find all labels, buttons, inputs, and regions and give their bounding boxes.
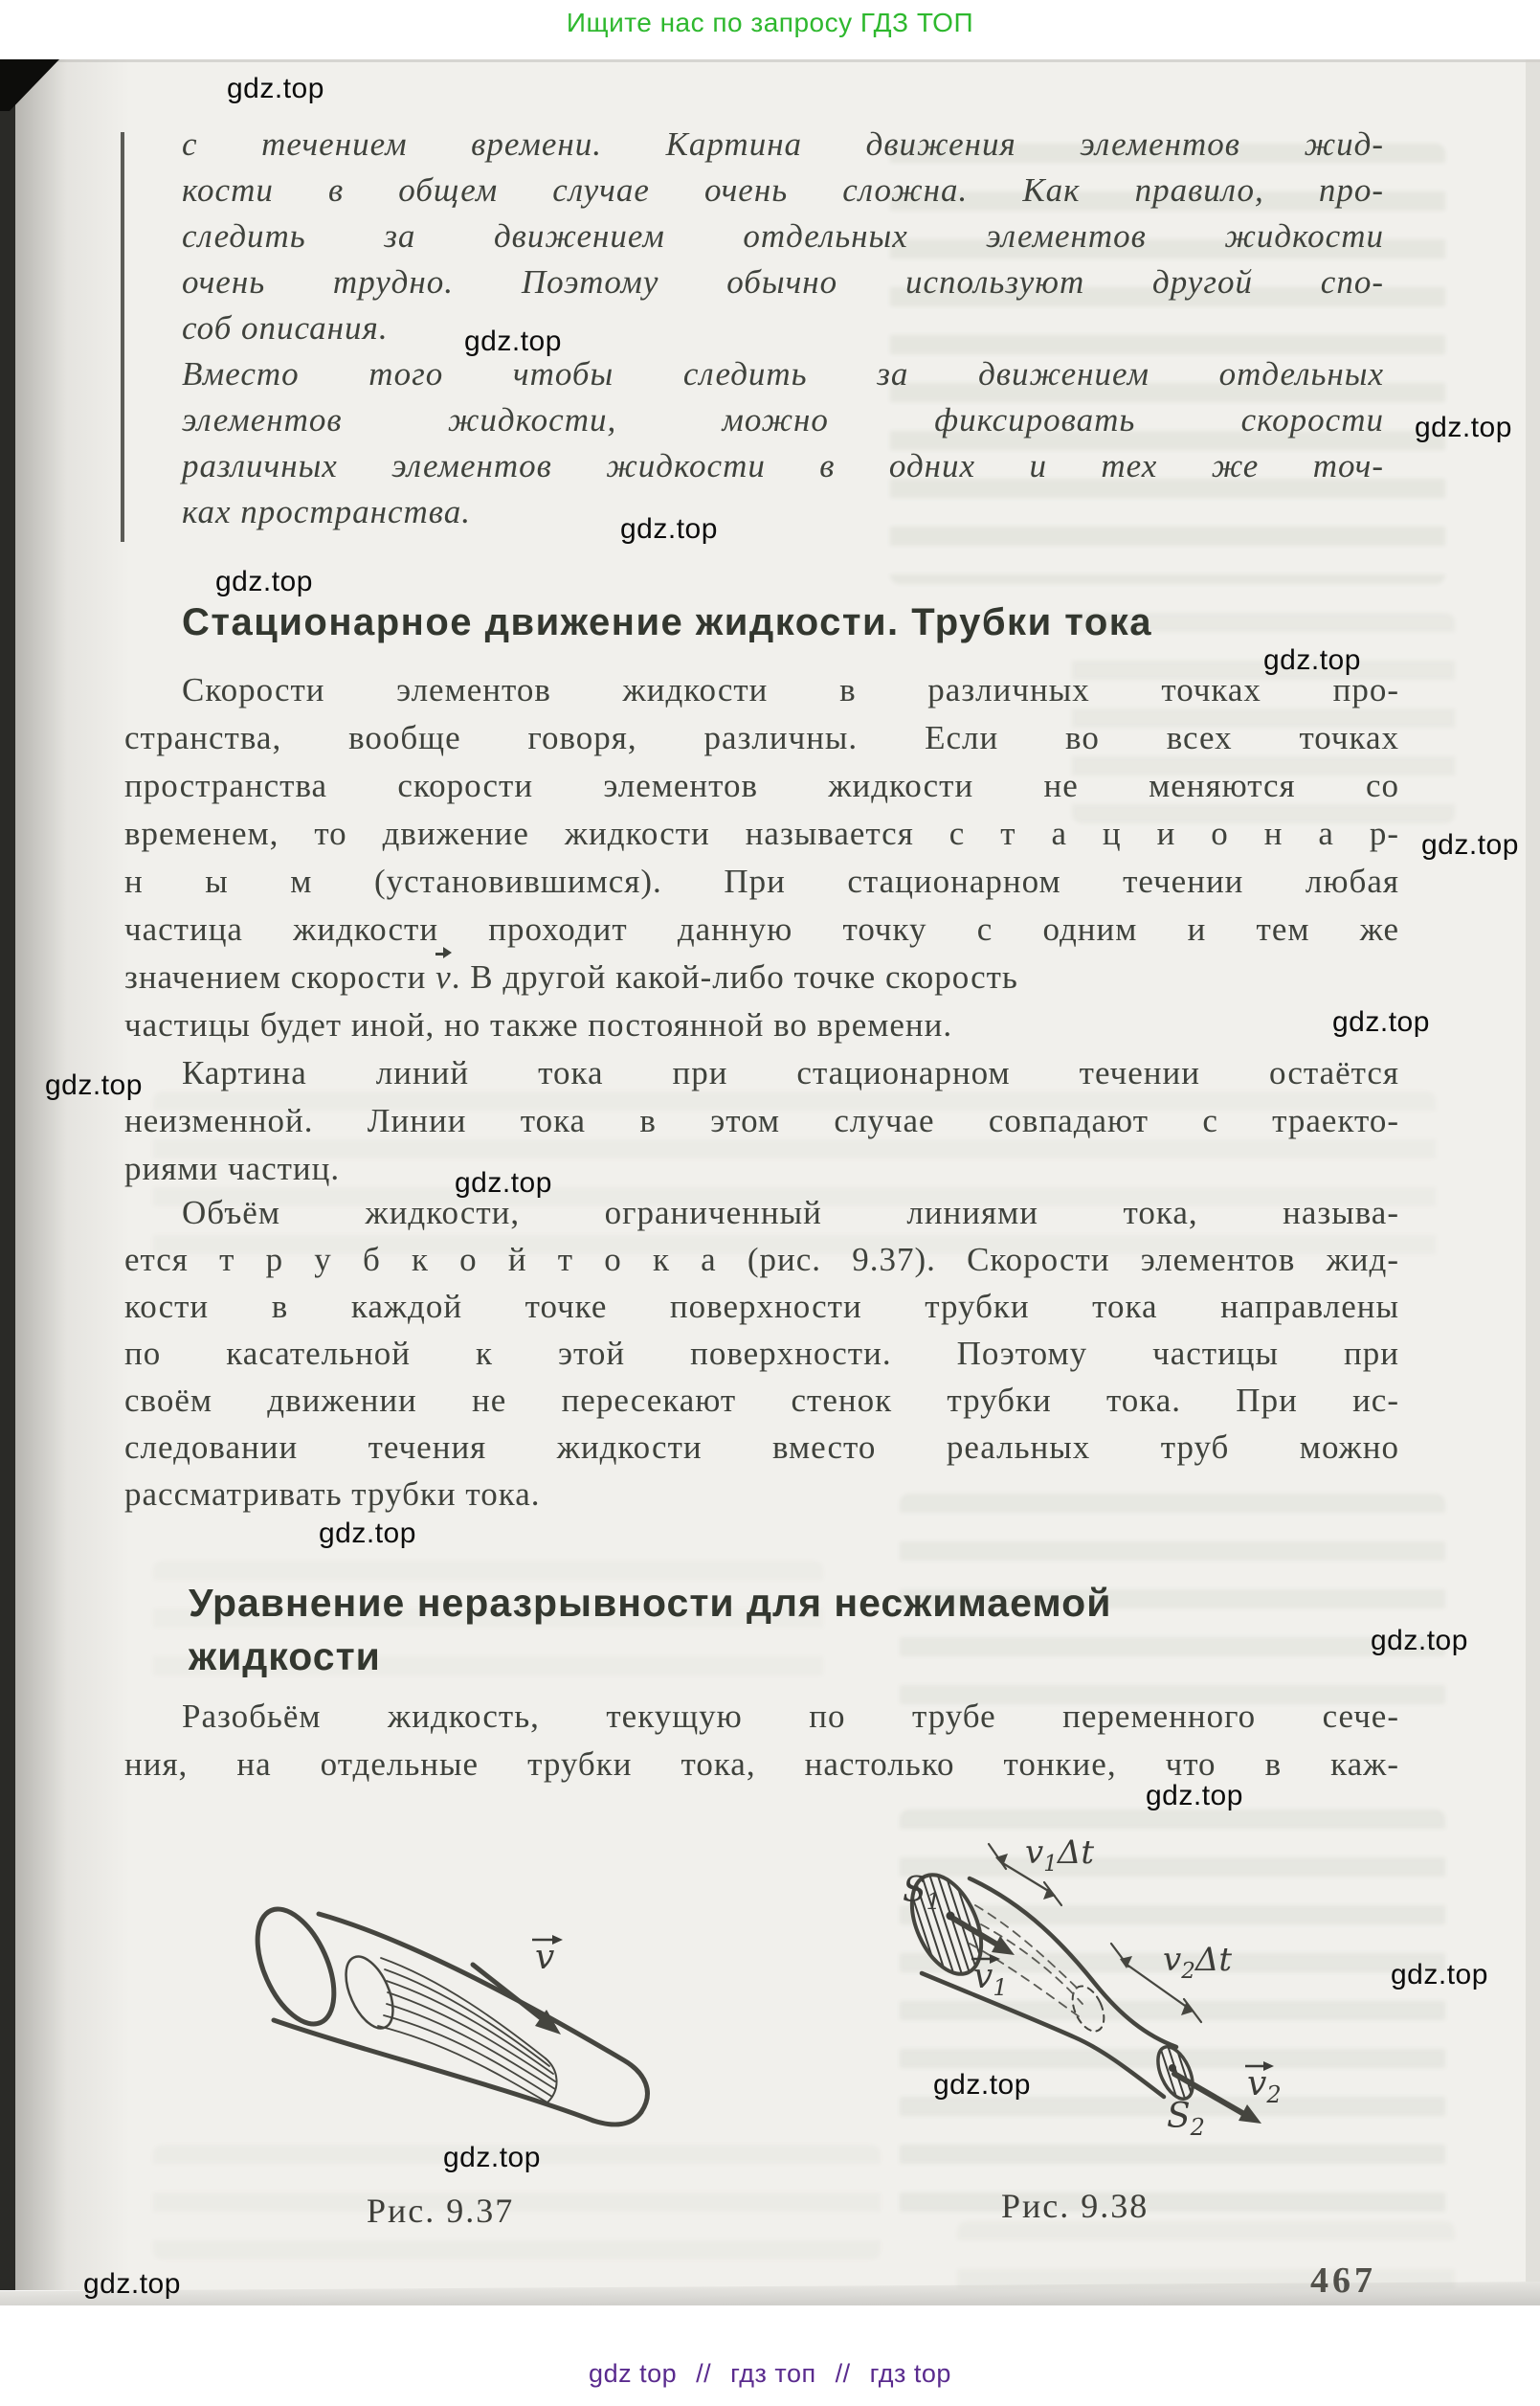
text-line: ется т р у б к о й т о к а (рис. 9.37). … xyxy=(124,1241,1399,1288)
text-line: ках пространства. xyxy=(182,493,1384,539)
gdz-watermark: gdz.top xyxy=(1421,829,1519,862)
paragraph-stationary-flow: Скорости элементов жидкости в различных … xyxy=(124,671,1399,1054)
quoted-paragraphs: с течением времени. Картина движения эле… xyxy=(182,125,1384,539)
text-line: пространства скорости элементов жидкости… xyxy=(124,767,1399,815)
text-line: странства, вообще говоря, различны. Если… xyxy=(124,719,1399,767)
gdz-watermark: gdz.top xyxy=(1371,1625,1468,1657)
text-line: Объём жидкости, ограниченный линиями ток… xyxy=(124,1194,1399,1241)
text-line: риями частиц. xyxy=(124,1150,1399,1198)
figure-9-37-caption: Рис. 9.37 xyxy=(367,2191,514,2231)
binding-dark-strip xyxy=(0,59,15,2290)
text-line: Вместо того чтобы следить за движением о… xyxy=(182,355,1384,401)
gdz-watermark: gdz.top xyxy=(1415,412,1512,444)
binding-gradient xyxy=(15,59,130,2290)
text-line: временем, то движение жидкости называетс… xyxy=(124,815,1399,863)
svg-text:v: v xyxy=(535,1938,554,1977)
text-segment: . В другой какой-либо точке скорость xyxy=(452,958,1018,996)
text-line: своём движении не пересекают стенок труб… xyxy=(124,1382,1399,1428)
text-line: Скорости элементов жидкости в различных … xyxy=(124,671,1399,719)
text-line: следовании течения жидкости вместо реаль… xyxy=(124,1428,1399,1475)
text-line: следить за движением отдельных элементов… xyxy=(182,217,1384,263)
gdz-watermark: gdz.top xyxy=(319,1518,416,1550)
svg-text:S2: S2 xyxy=(1167,2097,1205,2141)
s2-label: S2 xyxy=(1167,2097,1205,2141)
footer-link-gdz-top[interactable]: gdz top xyxy=(589,2359,677,2388)
tube-bottom-edge xyxy=(274,2020,593,2121)
svg-text:v2Δt: v2Δt xyxy=(1163,1941,1232,1984)
paragraph-tube-division: Разобьём жидкость, текущую по трубе пере… xyxy=(124,1698,1399,1793)
v1-vector-label: v1 xyxy=(971,1954,1008,2001)
velocity-label-v: v xyxy=(532,1935,563,1977)
v2-vector-label: v2 xyxy=(1245,2061,1282,2108)
below-scan-white xyxy=(0,2305,1540,2406)
text-line: значением скорости v. В другой какой-либ… xyxy=(124,958,1399,1006)
v2dt-label: v2Δt xyxy=(1163,1941,1232,1984)
footer-link-gdz-top-ru[interactable]: гдз топ xyxy=(730,2359,815,2388)
text-line: кости в каждой точке поверхности трубки … xyxy=(124,1288,1399,1335)
paragraph-streamlines: Картина линий тока при стационарном тече… xyxy=(124,1054,1399,1198)
right-edge-shade xyxy=(1526,59,1540,2290)
page-number: 467 xyxy=(1310,2260,1376,2302)
gdz-watermark: gdz.top xyxy=(227,73,324,105)
gdz-watermark: gdz.top xyxy=(933,2069,1031,2102)
footer-separator: // xyxy=(836,2359,851,2388)
figure-9-37-flow-tube-drawing: v xyxy=(251,1898,691,2166)
gdz-watermark: gdz.top xyxy=(1391,1959,1488,1991)
gdz-watermark: gdz.top xyxy=(620,513,718,546)
footer-separator: // xyxy=(696,2359,711,2388)
svg-text:v1Δt: v1Δt xyxy=(1025,1833,1094,1877)
section-heading-continuity-equation: Уравнение неразрывности для несжимаемой … xyxy=(189,1576,1433,1683)
gdz-watermark: gdz.top xyxy=(1146,1780,1243,1812)
text-line: кости в общем случае очень сложна. Как п… xyxy=(182,171,1384,217)
gdz-watermark: gdz.top xyxy=(1332,1006,1430,1039)
middle-cross-section-dashed xyxy=(1066,1981,1110,2035)
gdz-watermark: gdz.top xyxy=(45,1069,143,1102)
heading-line: жидкости xyxy=(189,1630,1433,1683)
promo-banner: Ищите нас по запросу ГДЗ ТОП xyxy=(0,8,1540,38)
gdz-watermark: gdz.top xyxy=(1263,644,1361,677)
scanned-textbook-page: { "promo": { "text": "Ищите нас по запро… xyxy=(0,0,1540,2406)
text-line: н ы м (установившимся). При стационарном… xyxy=(124,863,1399,911)
text-line: Картина линий тока при стационарном тече… xyxy=(124,1054,1399,1102)
text-line: неизменной. Линии тока в этом случае сов… xyxy=(124,1102,1399,1150)
gdz-watermark: gdz.top xyxy=(464,326,562,358)
footer-link-gdz-top-mixed[interactable]: гдз top xyxy=(870,2359,951,2388)
scan-top-edge xyxy=(0,59,1540,62)
velocity-vector-inline: v xyxy=(435,958,452,997)
tube-end-cap xyxy=(593,2112,641,2125)
footer-links: gdz top//гдз топ//гдз top xyxy=(0,2359,1540,2389)
s2-center-dot xyxy=(1169,2064,1176,2072)
gdz-watermark: gdz.top xyxy=(443,2142,541,2174)
text-segment: значением скорости xyxy=(124,958,435,996)
section-heading-stationary-flow: Стационарное движение жидкости. Трубки т… xyxy=(182,601,1426,644)
svg-text:v2: v2 xyxy=(1247,2064,1282,2108)
text-line: с течением времени. Картина движения эле… xyxy=(182,125,1384,171)
quote-change-bar xyxy=(121,132,124,542)
v1dt-label: v1Δt xyxy=(1025,1833,1094,1877)
text-line: рассматривать трубки тока. xyxy=(124,1475,1399,1522)
text-line: частицы будет иной, но также постоянной … xyxy=(124,1006,1399,1054)
gdz-watermark: gdz.top xyxy=(455,1167,552,1200)
text-line: элементов жидкости, можно фиксировать ск… xyxy=(182,401,1384,447)
paragraph-flow-tube: Объём жидкости, ограниченный линиями ток… xyxy=(124,1194,1399,1522)
text-line: по касательной к этой поверхности. Поэто… xyxy=(124,1335,1399,1382)
text-line: соб описания. xyxy=(182,309,1384,355)
figure-9-38-caption: Рис. 9.38 xyxy=(1001,2186,1149,2226)
text-line: различных элементов жидкости в одних и т… xyxy=(182,447,1384,493)
gdz-watermark: gdz.top xyxy=(83,2268,181,2301)
text-line: очень трудно. Поэтому обычно используют … xyxy=(182,263,1384,309)
text-line: частица жидкости проходит данную точку с… xyxy=(124,911,1399,958)
text-line: Разобьём жидкость, текущую по трубе пере… xyxy=(124,1698,1399,1745)
s1-center-dot xyxy=(947,1912,955,1921)
bleedthrough-text xyxy=(957,2221,1455,2298)
heading-line: Уравнение неразрывности для несжимаемой xyxy=(189,1576,1433,1630)
gdz-watermark: gdz.top xyxy=(215,566,313,598)
